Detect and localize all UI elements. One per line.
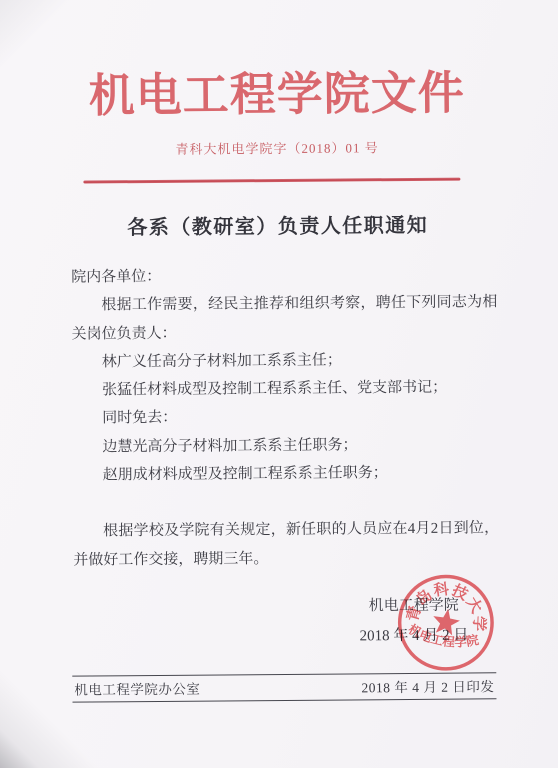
- footer-issuer: 机电工程学院办公室: [74, 678, 200, 699]
- document-number: 青科大机电学院字（2018）01 号: [0, 136, 556, 159]
- paragraph-removal-intro: 同时免去：: [72, 402, 498, 434]
- red-divider-line: [83, 178, 460, 184]
- paragraph-appointment-1: 林广义任高分子材料加工系系主任；: [72, 345, 498, 377]
- salutation: 院内各单位：: [71, 260, 497, 292]
- paragraph-removal-2: 赵朋成材料成型及控制工程系系主任职务；: [73, 458, 499, 490]
- document-content: 机电工程学院文件 青科大机电学院字（2018）01 号 各系（教研室）负责人任职…: [0, 0, 558, 768]
- document-page: 机电工程学院文件 青科大机电学院字（2018）01 号 各系（教研室）负责人任职…: [0, 0, 558, 768]
- paragraph-appointment-intro: 根据工作需要，经民主推荐和组织考察，聘任下列同志为相关岗位负责人：: [71, 289, 497, 349]
- official-seal: 青岛科技大学 机电工程学院: [388, 565, 503, 680]
- paragraph-closing: 根据学校及学院有关规定，新任职的人员应在4月2日到位，并做好工作交接，聘期三年。: [73, 515, 499, 575]
- seal-star-icon: [431, 607, 462, 637]
- document-subject-title: 各系（教研室）负责人任职通知: [0, 208, 557, 241]
- footer-print-date: 2018 年 4 月 2 日印发: [361, 675, 494, 696]
- paragraph-removal-1: 边慧光高分子材料加工系系主任职务；: [72, 430, 498, 462]
- paragraph-appointment-2: 张猛任材料成型及控制工程系系主任、党支部书记；: [72, 373, 498, 405]
- document-header-title: 机电工程学院文件: [0, 56, 556, 126]
- document-body: 院内各单位： 根据工作需要，经民主推荐和组织考察，聘任下列同志为相关岗位负责人：…: [71, 260, 499, 574]
- document-footer: 机电工程学院办公室 2018 年 4 月 2 日印发: [72, 672, 496, 702]
